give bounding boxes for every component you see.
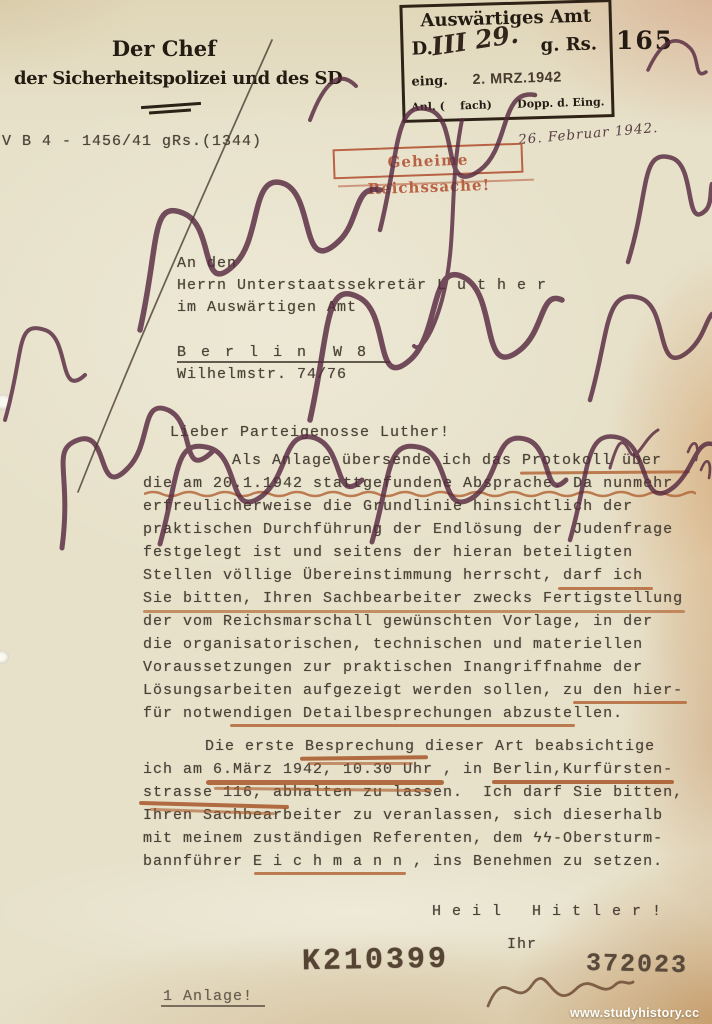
receipt-stamp-date: 2. MRZ.1942 — [472, 69, 562, 87]
body-line: Die erste Besprechung dieser Art beabsic… — [205, 738, 655, 755]
body-line: für notwendigen Detailbesprechungen abzu… — [143, 705, 623, 722]
crayon-underline — [254, 872, 406, 875]
body-line: Sie bitten, Ihren Sachbearbeiter zwecks … — [143, 590, 683, 607]
crayon-underline — [143, 610, 685, 613]
receipt-stamp-box: Auswärtiges Amt D. III 29. g. Rs. eing. … — [399, 0, 614, 123]
crayon-underline — [230, 724, 575, 727]
body-line: praktischen Durchführung der Endlösung d… — [143, 521, 673, 538]
letterhead-line2: der Sicherheitspolizei und des SD — [14, 68, 314, 89]
file-reference: V B 4 - 1456/41 gRs.(1344) — [2, 133, 262, 150]
closing-yours: Ihr — [507, 936, 537, 953]
document-page: Der Chef der Sicherheitspolizei und des … — [0, 0, 712, 1024]
address-street: Wilhelmstr. 74/76 — [177, 366, 347, 383]
address-city-underline — [177, 361, 390, 363]
crayon-underline — [558, 587, 653, 590]
crayon-underline-heavy — [308, 762, 413, 765]
body-line: festgelegt ist und seitens der hieran be… — [143, 544, 633, 561]
receipt-stamp-reg-suffix: g. Rs. — [540, 33, 597, 56]
watermark: www.studyhistory.cc — [570, 1006, 699, 1020]
receipt-stamp-copy-label: Dopp. d. Eing. — [517, 95, 605, 110]
crayon-underline — [573, 701, 687, 704]
crayon-underline-heavy — [300, 755, 428, 761]
enclosure-note: 1 Anlage! — [163, 988, 253, 1005]
salutation: Lieber Parteigenosse Luther! — [170, 424, 450, 441]
closing-salute: H e i l H i t l e r ! — [432, 903, 662, 920]
receipt-stamp-reg-prefix: D. — [411, 38, 433, 60]
folio-number: 165 — [616, 26, 674, 55]
punch-hole — [0, 650, 9, 664]
registry-number-right: 372023 — [586, 949, 689, 980]
body-line: die organisatorischen, technischen und m… — [143, 636, 643, 653]
secret-classification-stamp: Geheime Reichssache! — [333, 143, 524, 180]
registry-number-left: K210399 — [302, 943, 450, 980]
crayon-underline — [520, 470, 690, 474]
body-line: Lösungsarbeiten aufgezeigt werden sollen… — [143, 682, 683, 699]
address-line-2: Herrn Unterstaatssekretär L u t h e r — [177, 277, 547, 294]
letterhead-line1: Der Chef — [18, 36, 310, 61]
body-line: bannführer E i c h m a n n , ins Benehme… — [143, 853, 663, 870]
crayon-underline-heavy — [206, 780, 444, 785]
enclosure-underline — [161, 1005, 265, 1007]
receipt-stamp-received-label: eing. — [411, 74, 448, 90]
body-line: Als Anlage übersende ich das Protokoll ü… — [232, 452, 662, 469]
body-line: mit meinem zuständigen Referenten, dem ϟ… — [143, 830, 663, 847]
body-line: erfreulicherweise die Grundlinie hinsich… — [143, 498, 633, 515]
receipt-stamp-enclosure-label: Anl. ( fach) — [411, 98, 492, 113]
signature — [488, 978, 633, 1006]
address-line-1: An den — [177, 255, 237, 272]
body-line: Stellen völlige Übereinstimmung herrscht… — [143, 567, 643, 584]
body-line: die am 20.1.1942 stattgefundene Absprach… — [143, 475, 673, 492]
punch-hole — [0, 394, 12, 410]
letterhead-underline-2 — [149, 109, 191, 115]
crayon-underline-heavy — [492, 780, 674, 784]
handwritten-date: 26. Februar 1942. — [518, 120, 659, 148]
letterhead-underline — [141, 102, 201, 109]
address-line-3: im Auswärtigen Amt — [177, 299, 357, 316]
body-line: Voraussetzungen zur praktischen Inangrif… — [143, 659, 643, 676]
body-line: der vom Reichsmarschall gewünschten Vorl… — [143, 613, 653, 630]
address-city: B e r l i n W 8 — [177, 344, 369, 361]
